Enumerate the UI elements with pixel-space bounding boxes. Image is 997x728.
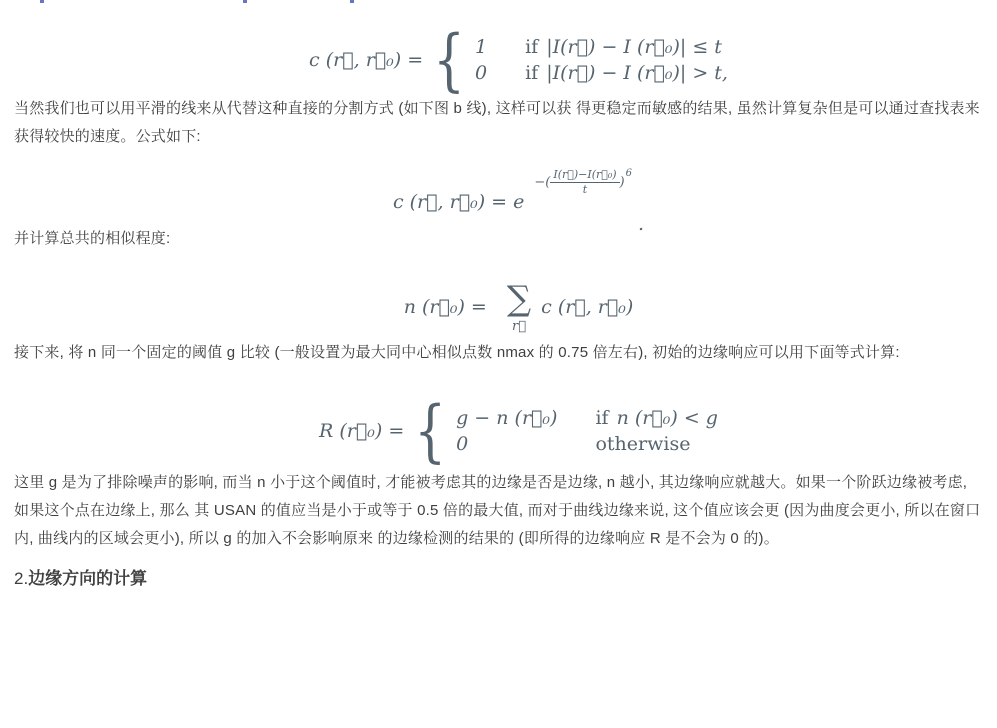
- formula-usan-membership: c (r⃗, r⃗₀) = { 1 if|I(r⃗) − I (r⃗₀)| ≤ …: [34, 25, 997, 95]
- clipped-link-remnant: [243, 0, 247, 3]
- summation: ∑ r⃗: [507, 282, 531, 333]
- summation-index: r⃗: [512, 320, 526, 333]
- formula-lhs: c (r⃗, r⃗₀) = e: [393, 191, 524, 213]
- case-rows: g − n (r⃗₀) ifn (r⃗₀) < g 0 otherwise: [456, 407, 718, 455]
- fraction: I(r⃗)−I(r⃗₀)t: [550, 168, 619, 197]
- section-title: 边缘方向的计算: [28, 569, 147, 588]
- paragraph-noise-threshold-explanation: 这里 g 是为了排除噪声的影响, 而当 n 小于这个阈值时, 才能被考虑其的边缘…: [14, 469, 983, 553]
- case-rows: 1 if|I(r⃗) − I (r⃗₀)| ≤ t 0 if|I(r⃗) − I…: [475, 36, 728, 84]
- paragraph-smooth-alternative: 当然我们也可以用平滑的线来从代替这种直接的分割方式 (如下图 b 线), 这样可…: [14, 95, 983, 151]
- condition-expr: |I(r⃗) − I (r⃗₀)| ≤ t: [546, 36, 722, 58]
- case-condition: if|I(r⃗) − I (r⃗₀)| ≤ t: [525, 36, 728, 58]
- if-keyword: if: [525, 36, 538, 58]
- exp-power: 6: [626, 168, 632, 179]
- formula-lhs: n (r⃗₀) =: [404, 296, 487, 318]
- if-keyword: if: [595, 407, 608, 429]
- article-body: c (r⃗, r⃗₀) = { 1 if|I(r⃗) − I (r⃗₀)| ≤ …: [0, 25, 997, 591]
- section-heading-edge-direction: 2.边缘方向的计算: [14, 567, 983, 591]
- period: .: [638, 213, 644, 235]
- exponent: −(I(r⃗)−I(r⃗₀)t)6: [534, 168, 632, 197]
- exp-suffix: ): [620, 175, 625, 190]
- formula-lhs: c (r⃗, r⃗₀) =: [309, 49, 423, 71]
- fraction-numerator: I(r⃗)−I(r⃗₀): [550, 168, 619, 183]
- exp-prefix: −(: [534, 175, 550, 190]
- case-value: g − n (r⃗₀): [456, 407, 557, 429]
- case-value: 1: [475, 36, 487, 58]
- otherwise-keyword: otherwise: [595, 433, 690, 455]
- formula-usan-area-sum: n (r⃗₀) = ∑ r⃗ c (r⃗, r⃗₀): [34, 275, 997, 339]
- summand: c (r⃗, r⃗₀): [541, 296, 633, 318]
- condition-expr: n (r⃗₀) < g: [617, 407, 718, 429]
- formula-lhs: R (r⃗₀) =: [319, 420, 404, 442]
- formula-exponential-membership: c (r⃗, r⃗₀) = e−(I(r⃗)−I(r⃗₀)t)6.: [34, 173, 997, 231]
- formula-edge-response: R (r⃗₀) = { g − n (r⃗₀) ifn (r⃗₀) < g 0 …: [34, 393, 997, 469]
- section-number: 2.: [14, 569, 28, 588]
- fraction-denominator: t: [550, 183, 619, 197]
- case-brace: {: [414, 397, 446, 465]
- sigma-symbol: ∑: [507, 282, 531, 316]
- case-condition: ifn (r⃗₀) < g: [595, 407, 717, 429]
- clipped-link-remnant: [350, 0, 354, 3]
- case-condition: if|I(r⃗) − I (r⃗₀)| > t,: [525, 62, 728, 84]
- if-keyword: if: [525, 62, 538, 84]
- case-condition: otherwise: [595, 433, 717, 455]
- paragraph-threshold-comparison: 接下来, 将 n 同一个固定的阈值 g 比较 (一般设置为最大同中心相似点数 n…: [14, 339, 983, 367]
- clipped-link-remnant: [40, 0, 44, 3]
- case-brace: {: [433, 26, 465, 94]
- case-value: 0: [475, 62, 487, 84]
- condition-expr: |I(r⃗) − I (r⃗₀)| > t,: [546, 62, 728, 84]
- case-value: 0: [456, 433, 557, 455]
